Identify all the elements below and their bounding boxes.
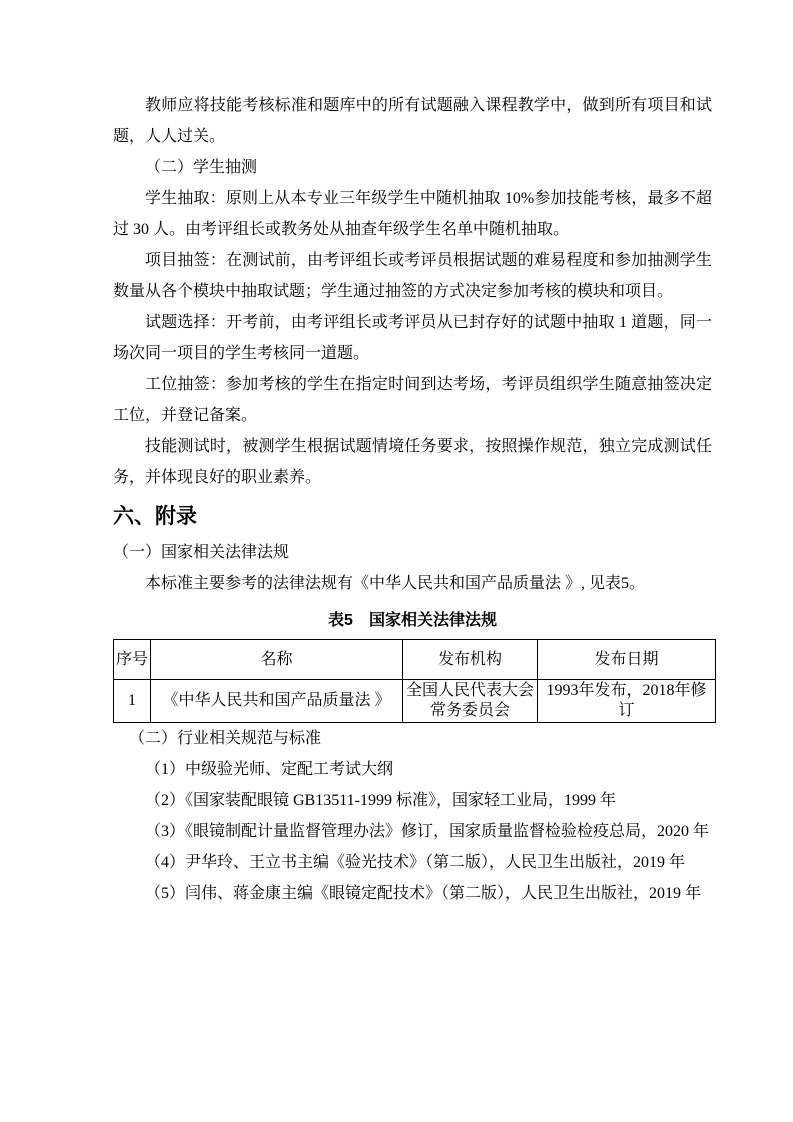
paragraph: 工位抽签：参加考核的学生在指定时间到达考场，考评员组织学生随意抽签决定工位，并登…: [113, 369, 712, 431]
subsection-heading-national-laws: （一）国家相关法律法规: [113, 537, 712, 568]
table-cell-date: 1993年发布，2018年修订: [538, 680, 716, 723]
paragraph: 试题选择：开考前，由考评组长或考评员从已封存好的试题中抽取 1 道题，同一场次同…: [113, 307, 712, 369]
laws-table: 序号 名称 发布机构 发布日期 1 《中华人民共和国产品质量法 》 全国人民代表…: [113, 639, 716, 723]
list-item: （1）中级验光师、定配工考试大纲: [113, 754, 712, 785]
list-item: （3）《眼镜制配计量监督管理办法》修订，国家质量监督检验检疫总局，2020 年: [113, 816, 712, 847]
paragraph: 教师应将技能考核标准和题库中的所有试题融入课程教学中，做到所有项目和试题，人人过…: [113, 90, 712, 152]
paragraph: 学生抽取：原则上从本专业三年级学生中随机抽取 10%参加技能考核，最多不超过 3…: [113, 183, 712, 245]
table-cell-name: 《中华人民共和国产品质量法 》: [151, 680, 403, 723]
document-content: 教师应将技能考核标准和题库中的所有试题融入课程教学中，做到所有项目和试题，人人过…: [113, 90, 712, 909]
table-row: 1 《中华人民共和国产品质量法 》 全国人民代表大会常务委员会 1993年发布，…: [114, 680, 716, 723]
subsection-heading-industry-standards: （二）行业相关规范与标准: [113, 723, 712, 754]
table-cell-org: 全国人民代表大会常务委员会: [403, 680, 538, 723]
list-item: （4）尹华玲、王立书主编《验光技术》（第二版），人民卫生出版社，2019 年: [113, 847, 712, 878]
table-header-cell-name: 名称: [151, 640, 403, 680]
paragraph: 本标准主要参考的法律法规有《中华人民共和国产品质量法 》, 见表5。: [113, 568, 712, 599]
table-header-row: 序号 名称 发布机构 发布日期: [114, 640, 716, 680]
section-heading-appendix: 六、附录: [113, 497, 712, 537]
list-item: （5）闫伟、蒋金康主编《眼镜定配技术》（第二版），人民卫生出版社，2019 年: [113, 878, 712, 909]
table-header-cell-no: 序号: [114, 640, 151, 680]
table-cell-no: 1: [114, 680, 151, 723]
list-item: （2）《国家装配眼镜 GB13511-1999 标准》，国家轻工业局，1999 …: [113, 785, 712, 816]
table-header-cell-org: 发布机构: [403, 640, 538, 680]
paragraph: 项目抽签：在测试前，由考评组长或考评员根据试题的难易程度和参加抽测学生数量从各个…: [113, 245, 712, 307]
table-caption: 表5 国家相关法律法规: [113, 605, 712, 636]
table-header-cell-date: 发布日期: [538, 640, 716, 680]
document-page: 教师应将技能考核标准和题库中的所有试题融入课程教学中，做到所有项目和试题，人人过…: [0, 0, 793, 1122]
paragraph: 技能测试时，被测学生根据试题情境任务要求，按照操作规范，独立完成测试任务，并体现…: [113, 431, 712, 493]
subsection-heading-students: （二）学生抽测: [113, 152, 712, 183]
